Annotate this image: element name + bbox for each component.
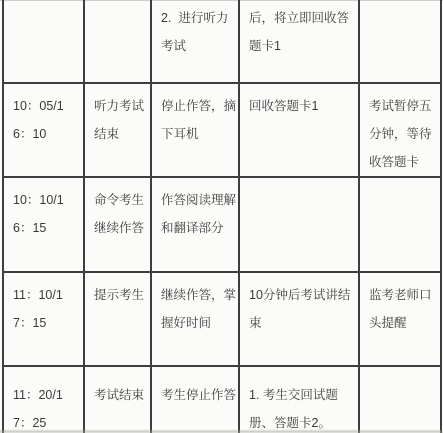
table-cell-time: 11：20/1 7：25 xyxy=(3,366,84,433)
exam-schedule-page: 2. 进行听力 考试 后，将立即回收答 题卡1 10：05/1 6：10 听力考… xyxy=(0,0,443,433)
table-cell-proctor-action xyxy=(239,177,359,272)
table-cell-signal: 听力考试 结束 xyxy=(84,83,151,177)
table-row: 11：20/1 7：25 考试结束 考生停止作答 1. 考生交回试题 册、答题卡… xyxy=(3,366,441,433)
table-cell-time: 10：10/1 6：15 xyxy=(3,177,84,272)
table-cell-candidate-action: 停止作答，摘 下耳机 xyxy=(151,83,239,177)
table-cell-time: 11：10/1 7：15 xyxy=(3,272,84,366)
exam-schedule-table: 2. 进行听力 考试 后，将立即回收答 题卡1 10：05/1 6：10 听力考… xyxy=(2,0,442,433)
table-cell-candidate-action: 作答阅读理解 和翻译部分 xyxy=(151,177,239,272)
table-cell-candidate-action: 继续作答，掌 握好时间 xyxy=(151,272,239,366)
table-cell-signal: 提示考生 xyxy=(84,272,151,366)
table-cell-signal: 命令考生 继续作答 xyxy=(84,177,151,272)
table-cell-remark: 考试暂停五 分钟，等待 收答题卡 xyxy=(359,83,441,177)
table-row: 10：10/1 6：15 命令考生 继续作答 作答阅读理解 和翻译部分 xyxy=(3,177,441,272)
table-cell-candidate-action: 2. 进行听力 考试 xyxy=(151,0,239,83)
table-cell-proctor-action-highlighted: 后，将立即回收答 题卡1 xyxy=(239,0,359,83)
table-cell-remark xyxy=(359,0,441,83)
table-cell-signal xyxy=(84,0,151,83)
table-row: 11：10/1 7：15 提示考生 继续作答，掌 握好时间 10分钟后考试讲结 … xyxy=(3,272,441,366)
table-cell-remark: 监考老师口 头提醒 xyxy=(359,272,441,366)
table-cell-remark xyxy=(359,177,441,272)
table-cell-signal: 考试结束 xyxy=(84,366,151,433)
table-row: 10：05/1 6：10 听力考试 结束 停止作答，摘 下耳机 回收答题卡1 考… xyxy=(3,83,441,177)
table-row: 2. 进行听力 考试 后，将立即回收答 题卡1 xyxy=(3,0,441,83)
table-cell-time xyxy=(3,0,84,83)
table-cell-proctor-action: 1. 考生交回试题 册、答题卡2。 xyxy=(239,366,359,433)
table-cell-proctor-action: 回收答题卡1 xyxy=(239,83,359,177)
table-cell-candidate-action: 考生停止作答 xyxy=(151,366,239,433)
table-cell-time: 10：05/1 6：10 xyxy=(3,83,84,177)
table-cell-proctor-action: 10分钟后考试讲结 束 xyxy=(239,272,359,366)
table-cell-remark xyxy=(359,366,441,433)
